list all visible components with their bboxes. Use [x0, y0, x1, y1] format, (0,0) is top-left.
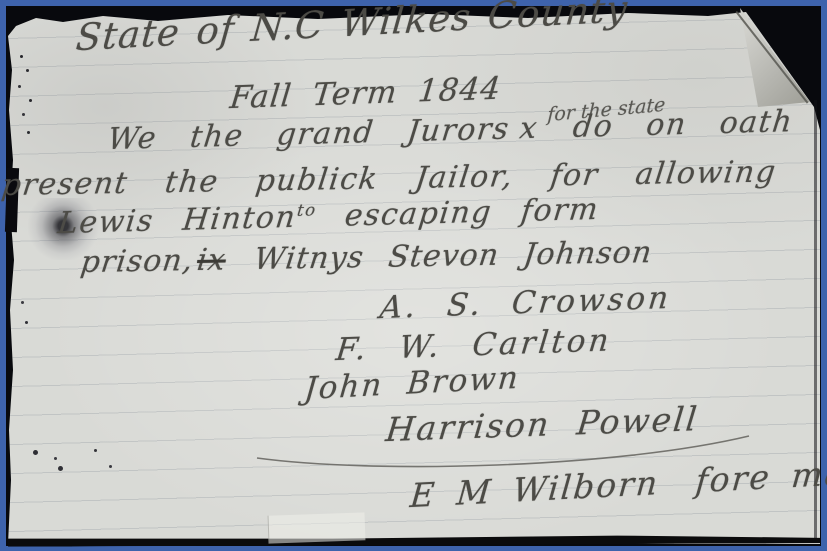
escape-line-rest: escaping form	[343, 192, 601, 234]
witness-text: Witnys Stevon Johnson	[252, 235, 654, 277]
tape-patch	[268, 512, 366, 543]
escapee-name: Lewis Hinton	[56, 200, 298, 241]
prison-word: prison,	[79, 243, 196, 280]
scanned-document-frame: State of N.C Wilkes County Fall Term 184…	[0, 0, 827, 551]
superscript-to: to	[296, 200, 318, 220]
caret-mark: x	[518, 111, 540, 147]
struck-word: ix	[195, 242, 228, 278]
ink-speckles	[20, 55, 23, 58]
foreman-title: fore man	[694, 452, 827, 500]
jurors-line-post: do on oath	[571, 104, 795, 145]
